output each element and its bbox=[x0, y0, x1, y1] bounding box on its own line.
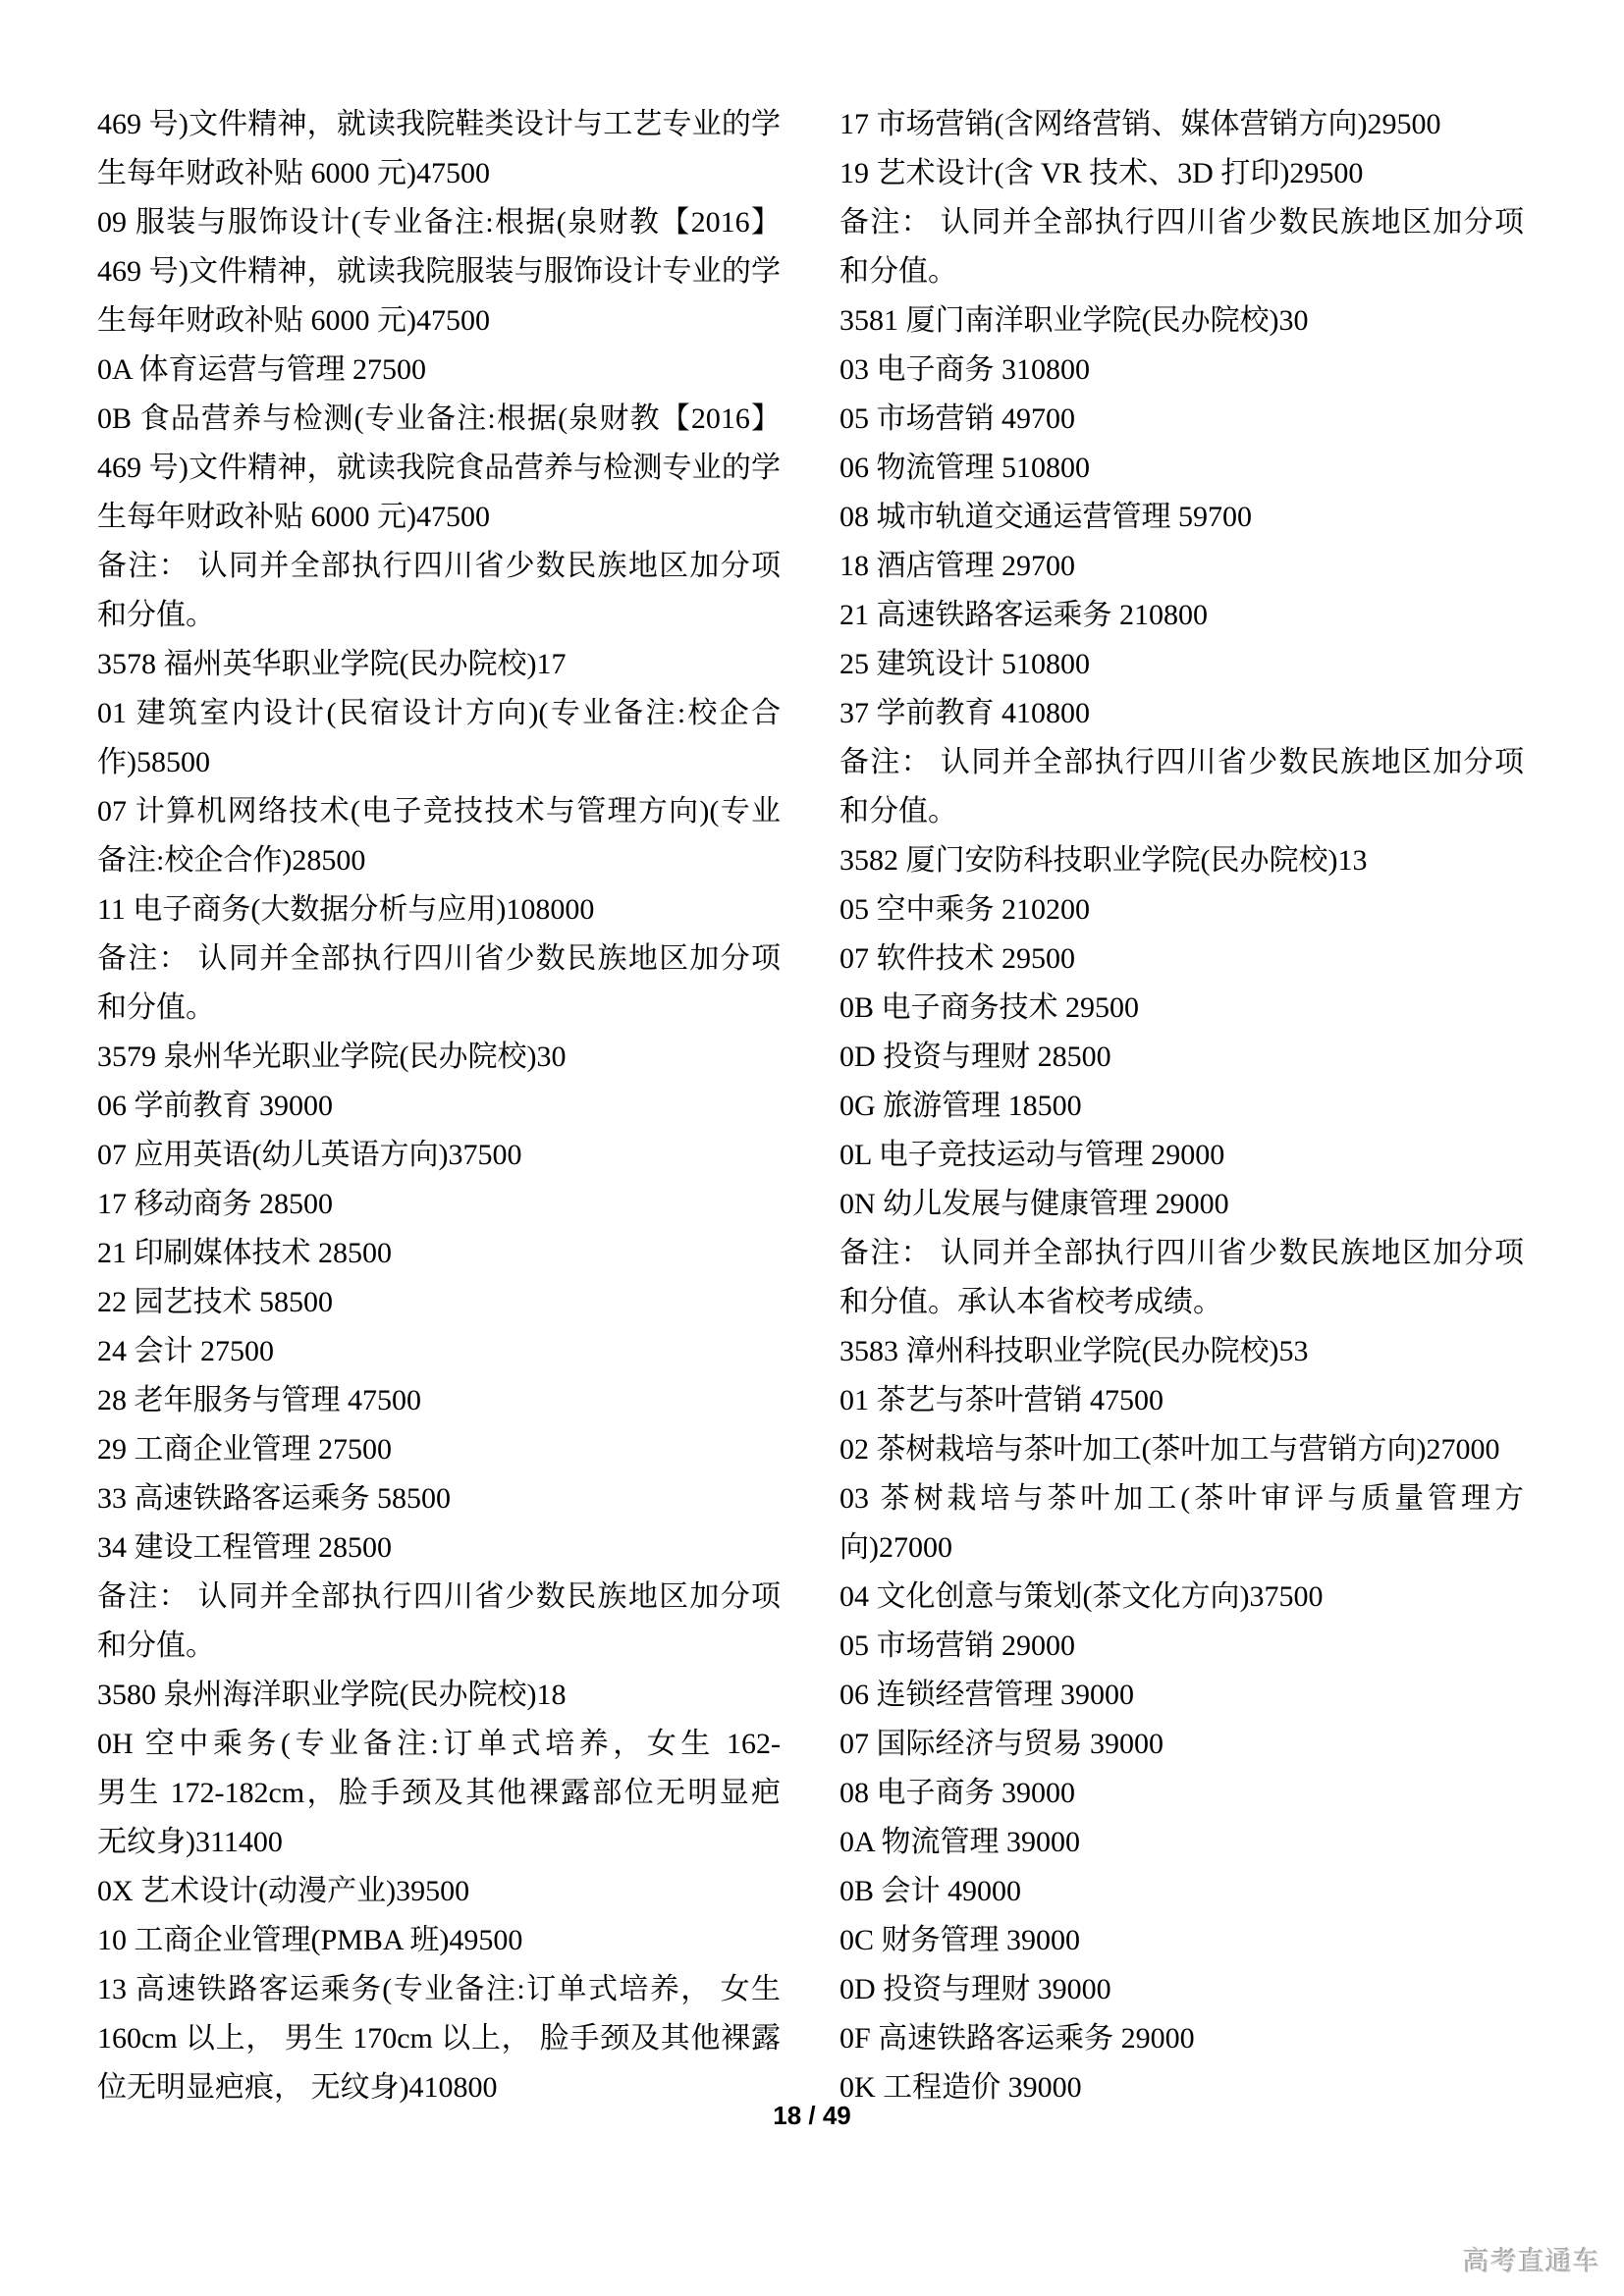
text-line: 和分值。 bbox=[97, 1622, 781, 1671]
text-line: 备注： 认同并全部执行四川省少数民族地区加分项目 bbox=[97, 1573, 781, 1622]
text-line: 03 茶树栽培与茶叶加工(茶叶审评与质量管理方 bbox=[839, 1474, 1524, 1523]
text-line: 05 市场营销 29000 bbox=[839, 1622, 1524, 1671]
text-line: 17 市场营销(含网络营销、媒体营销方向)29500 bbox=[839, 100, 1524, 149]
text-line: 06 物流管理 510800 bbox=[839, 444, 1524, 493]
text-line: 02 茶树栽培与茶叶加工(茶叶加工与营销方向)27000 bbox=[839, 1425, 1524, 1474]
text-line: 向)27000 bbox=[839, 1523, 1524, 1573]
text-line: 备注： 认同并全部执行四川省少数民族地区加分项目 bbox=[97, 542, 781, 591]
text-line: 03 电子商务 310800 bbox=[839, 346, 1524, 395]
text-line: 0H 空中乘务(专业备注:订单式培养，女生 162-172cm， bbox=[97, 1720, 781, 1769]
text-line: 37 学前教育 410800 bbox=[839, 689, 1524, 738]
text-line: 05 空中乘务 210200 bbox=[839, 885, 1524, 934]
text-line: 07 软件技术 29500 bbox=[839, 934, 1524, 984]
text-line: 备注： 认同并全部执行四川省少数民族地区加分项目 bbox=[97, 934, 781, 984]
text-line: 22 园艺技术 58500 bbox=[97, 1278, 781, 1327]
text-line: 男生 172-182cm，脸手颈及其他裸露部位无明显疤痕， bbox=[97, 1769, 781, 1818]
text-line: 0B 电子商务技术 29500 bbox=[839, 984, 1524, 1033]
text-line: 3582 厦门安防科技职业学院(民办院校)13 bbox=[839, 836, 1524, 885]
text-line: 06 学前教育 39000 bbox=[97, 1082, 781, 1131]
text-line: 469 号)文件精神，就读我院服装与服饰设计专业的学 bbox=[97, 247, 781, 296]
text-line: 11 电子商务(大数据分析与应用)108000 bbox=[97, 885, 781, 934]
text-line: 0N 幼儿发展与健康管理 29000 bbox=[839, 1180, 1524, 1229]
text-line: 18 酒店管理 29700 bbox=[839, 542, 1524, 591]
text-line: 34 建设工程管理 28500 bbox=[97, 1523, 781, 1573]
text-line: 24 会计 27500 bbox=[97, 1327, 781, 1376]
text-line: 无纹身)311400 bbox=[97, 1818, 781, 1867]
text-line: 3581 厦门南洋职业学院(民办院校)30 bbox=[839, 296, 1524, 346]
text-line: 160cm 以上， 男生 170cm 以上， 脸手颈及其他裸露部 bbox=[97, 2014, 781, 2063]
text-line: 0G 旅游管理 18500 bbox=[839, 1082, 1524, 1131]
text-line: 3583 漳州科技职业学院(民办院校)53 bbox=[839, 1327, 1524, 1376]
text-line: 28 老年服务与管理 47500 bbox=[97, 1376, 781, 1425]
text-line: 29 工商企业管理 27500 bbox=[97, 1425, 781, 1474]
text-line: 0F 高速铁路客运乘务 29000 bbox=[839, 2014, 1524, 2063]
text-column-left: 469 号)文件精神，就读我院鞋类设计与工艺专业的学生每年财政补贴 6000 元… bbox=[97, 100, 781, 2112]
text-line: 05 市场营销 49700 bbox=[839, 395, 1524, 444]
text-line: 08 城市轨道交通运营管理 59700 bbox=[839, 493, 1524, 542]
text-line: 0C 财务管理 39000 bbox=[839, 1916, 1524, 1965]
text-line: 25 建筑设计 510800 bbox=[839, 640, 1524, 689]
text-line: 09 服装与服饰设计(专业备注:根据(泉财教【2016】 bbox=[97, 198, 781, 247]
text-line: 33 高速铁路客运乘务 58500 bbox=[97, 1474, 781, 1523]
text-line: 生每年财政补贴 6000 元)47500 bbox=[97, 493, 781, 542]
text-line: 0D 投资与理财 39000 bbox=[839, 1965, 1524, 2014]
text-line: 0A 体育运营与管理 27500 bbox=[97, 346, 781, 395]
text-line: 0L 电子竞技运动与管理 29000 bbox=[839, 1131, 1524, 1180]
text-line: 10 工商企业管理(PMBA 班)49500 bbox=[97, 1916, 781, 1965]
text-line: 0A 物流管理 39000 bbox=[839, 1818, 1524, 1867]
text-line: 生每年财政补贴 6000 元)47500 bbox=[97, 149, 781, 198]
text-line: 和分值。 bbox=[97, 984, 781, 1033]
text-line: 备注： 认同并全部执行四川省少数民族地区加分项目 bbox=[839, 738, 1524, 787]
text-line: 01 茶艺与茶叶营销 47500 bbox=[839, 1376, 1524, 1425]
page-number: 18 / 49 bbox=[0, 2101, 1624, 2131]
text-line: 备注:校企合作)28500 bbox=[97, 836, 781, 885]
text-column-right: 17 市场营销(含网络营销、媒体营销方向)2950019 艺术设计(含 VR 技… bbox=[839, 100, 1524, 2112]
text-line: 0B 会计 49000 bbox=[839, 1867, 1524, 1916]
text-line: 3579 泉州华光职业学院(民办院校)30 bbox=[97, 1033, 781, 1082]
text-line: 19 艺术设计(含 VR 技术、3D 打印)29500 bbox=[839, 149, 1524, 198]
text-line: 21 印刷媒体技术 28500 bbox=[97, 1229, 781, 1278]
text-line: 生每年财政补贴 6000 元)47500 bbox=[97, 296, 781, 346]
text-line: 469 号)文件精神，就读我院鞋类设计与工艺专业的学 bbox=[97, 100, 781, 149]
text-line: 备注： 认同并全部执行四川省少数民族地区加分项目 bbox=[839, 1229, 1524, 1278]
text-line: 08 电子商务 39000 bbox=[839, 1769, 1524, 1818]
text-line: 作)58500 bbox=[97, 738, 781, 787]
text-line: 07 国际经济与贸易 39000 bbox=[839, 1720, 1524, 1769]
text-line: 21 高速铁路客运乘务 210800 bbox=[839, 591, 1524, 640]
text-line: 和分值。 bbox=[97, 591, 781, 640]
text-line: 0D 投资与理财 28500 bbox=[839, 1033, 1524, 1082]
text-line: 3580 泉州海洋职业学院(民办院校)18 bbox=[97, 1671, 781, 1720]
document-page: 469 号)文件精神，就读我院鞋类设计与工艺专业的学生每年财政补贴 6000 元… bbox=[0, 0, 1624, 2296]
text-line: 13 高速铁路客运乘务(专业备注:订单式培养， 女生 bbox=[97, 1965, 781, 2014]
text-line: 06 连锁经营管理 39000 bbox=[839, 1671, 1524, 1720]
text-line: 3578 福州英华职业学院(民办院校)17 bbox=[97, 640, 781, 689]
text-line: 和分值。承认本省校考成绩。 bbox=[839, 1278, 1524, 1327]
text-line: 04 文化创意与策划(茶文化方向)37500 bbox=[839, 1573, 1524, 1622]
text-line: 和分值。 bbox=[839, 247, 1524, 296]
text-line: 备注： 认同并全部执行四川省少数民族地区加分项目 bbox=[839, 198, 1524, 247]
text-line: 17 移动商务 28500 bbox=[97, 1180, 781, 1229]
text-line: 0B 食品营养与检测(专业备注:根据(泉财教【2016】 bbox=[97, 395, 781, 444]
text-line: 469 号)文件精神，就读我院食品营养与检测专业的学 bbox=[97, 444, 781, 493]
text-line: 和分值。 bbox=[839, 787, 1524, 836]
text-line: 07 计算机网络技术(电子竞技技术与管理方向)(专业 bbox=[97, 787, 781, 836]
watermark: 高考直通车 bbox=[1463, 2240, 1600, 2278]
text-line: 07 应用英语(幼儿英语方向)37500 bbox=[97, 1131, 781, 1180]
text-line: 0X 艺术设计(动漫产业)39500 bbox=[97, 1867, 781, 1916]
text-line: 01 建筑室内设计(民宿设计方向)(专业备注:校企合 bbox=[97, 689, 781, 738]
